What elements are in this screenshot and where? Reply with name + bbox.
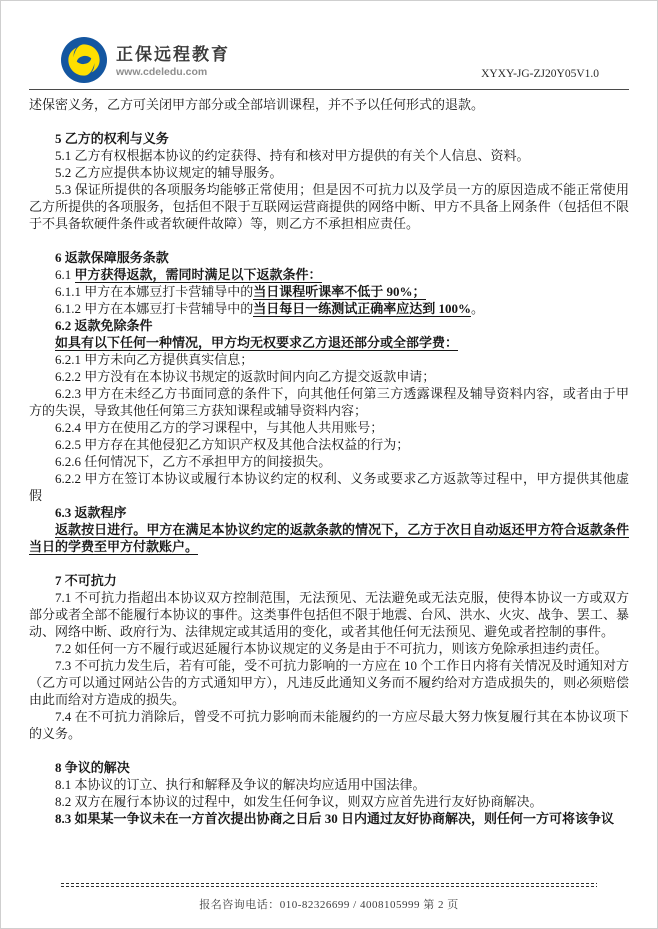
paragraph: 8.2 双方在履行本协议的过程中，如发生任何争议，则双方应首先进行友好协商解决。	[29, 793, 629, 810]
text-run: 6.2.2 甲方在签订本协议或履行本协议约定的权利、义务或要求乙方返款等过程中，…	[29, 471, 629, 503]
brand-logo: 正保远程教育 www.cdeledu.com	[61, 37, 230, 83]
text-run: 6.1	[55, 267, 75, 282]
page-footer: 报名咨询电话：010-82326699 / 4008105999 第 2 页	[1, 883, 657, 912]
text-run: 6.2.1 甲方未向乙方提供真实信息；	[55, 352, 253, 367]
document-page: 正保远程教育 www.cdeledu.com XYXY-JG-ZJ20Y05V1…	[0, 0, 658, 929]
paragraph: 6.1.1 甲方在本娜豆打卡营辅导中的当日课程听课率不低于 90%；	[29, 283, 629, 300]
paragraph: 6.2.2 甲方没有在本协议书规定的返款时间内向乙方提交返款申请；	[29, 368, 629, 385]
underlined-text: 如具有以下任何一种情况，甲方均无权要求乙方退还部分或全部学费：	[55, 335, 458, 351]
paragraph: 5.2 乙方应提供本协议规定的辅导服务。	[29, 164, 629, 181]
paragraph: 6.2.3 甲方在未经乙方书面同意的条件下，向其他任何第三方透露课程及辅导资料内…	[29, 385, 629, 419]
text-run: 。	[471, 301, 484, 316]
paragraph: 6.2.5 甲方存在其他侵犯乙方知识产权及其他合法权益的行为；	[29, 436, 629, 453]
text-run: 8.2 双方在履行本协议的过程中，如发生任何争议，则双方应首先进行友好协商解决。	[55, 794, 543, 809]
paragraph-spacer	[29, 113, 629, 130]
paragraph: 6.1 甲方获得返款，需同时满足以下返款条件：	[29, 266, 629, 283]
document-body: 述保密义务，乙方可关闭甲方部分或全部培训课程，并不予以任何形式的退款。5 乙方的…	[29, 90, 629, 827]
text-run: 5.1 乙方有权根据本协议的约定获得、持有和核对甲方提供的有关个人信息、资料。	[55, 148, 530, 163]
section-heading: 8 争议的解决	[29, 759, 629, 776]
brand-text: 正保远程教育 www.cdeledu.com	[116, 40, 230, 80]
underlined-text: 当日每日一练测试正确率应达到 100%	[253, 301, 471, 317]
text-run: 述保密义务，乙方可关闭甲方部分或全部培训课程，并不予以任何形式的退款。	[29, 97, 484, 112]
page-header: 正保远程教育 www.cdeledu.com XYXY-JG-ZJ20Y05V1…	[1, 1, 657, 89]
section-heading: 7 不可抗力	[29, 572, 629, 589]
text-run: 6.1.2 甲方在本娜豆打卡营辅导中的	[55, 301, 253, 316]
text-run: 8 争议的解决	[55, 760, 130, 775]
text-run: 7 不可抗力	[55, 573, 117, 588]
brand-url: www.cdeledu.com	[116, 66, 230, 78]
paragraph: 5.1 乙方有权根据本协议的约定获得、持有和核对甲方提供的有关个人信息、资料。	[29, 147, 629, 164]
text-run: 7.2 如任何一方不履行或迟延履行本协议规定的义务是由于不可抗力，则该方免除承担…	[55, 641, 608, 656]
text-run: 5.2 乙方应提供本协议规定的辅导服务。	[55, 165, 283, 180]
text-run: 7.1 不可抗力指超出本协议双方控制范围，无法预见、无法避免或无法克服，使得本协…	[29, 590, 629, 639]
paragraph: 如具有以下任何一种情况，甲方均无权要求乙方退还部分或全部学费：	[29, 334, 629, 351]
paragraph: 6.2.4 甲方在使用乙方的学习课程中，与其他人共用账号；	[29, 419, 629, 436]
paragraph: 8.3 如果某一争议未在一方首次提出协商之日后 30 日内通过友好协商解决，则任…	[29, 810, 629, 827]
underlined-text: 甲方获得返款，需同时满足以下返款条件：	[75, 267, 322, 283]
section-heading: 5 乙方的权利与义务	[29, 130, 629, 147]
paragraph: 8.1 本协议的订立、执行和解释及争议的解决均应适用中国法律。	[29, 776, 629, 793]
footer-divider	[61, 883, 597, 887]
brand-logo-icon	[61, 37, 107, 83]
paragraph-spacer	[29, 232, 629, 249]
paragraph: 7.1 不可抗力指超出本协议双方控制范围，无法预见、无法避免或无法克服，使得本协…	[29, 589, 629, 640]
text-run: 6.2.5 甲方存在其他侵犯乙方知识产权及其他合法权益的行为；	[55, 437, 409, 452]
paragraph: 6.2 返款免除条件	[29, 317, 629, 334]
text-run: 5.3 保证所提供的各项服务均能够正常使用；但是因不可抗力以及学员一方的原因造成…	[29, 182, 629, 231]
paragraph: 5.3 保证所提供的各项服务均能够正常使用；但是因不可抗力以及学员一方的原因造成…	[29, 181, 629, 232]
text-run: 5 乙方的权利与义务	[55, 131, 169, 146]
text-run: 6.2.4 甲方在使用乙方的学习课程中，与其他人共用账号；	[55, 420, 383, 435]
paragraph: 6.3 返款程序	[29, 504, 629, 521]
text-run: 6 返款保障服务条款	[55, 250, 169, 265]
text-run: 6.2.3 甲方在未经乙方书面同意的条件下，向其他任何第三方透露课程及辅导资料内…	[29, 386, 629, 418]
text-run: 7.4 在不可抗力消除后，曾受不可抗力影响而未能履约的一方应尽最大努力恢复履行其…	[29, 709, 629, 741]
paragraph: 6.1.2 甲方在本娜豆打卡营辅导中的当日每日一练测试正确率应达到 100%。	[29, 300, 629, 317]
paragraph: 6.2.1 甲方未向乙方提供真实信息；	[29, 351, 629, 368]
paragraph: 返款按日进行。甲方在满足本协议约定的返款条款的情况下，乙方于次日自动返还甲方符合…	[29, 521, 629, 555]
text-run: 6.2 返款免除条件	[55, 318, 153, 333]
footer-contact: 报名咨询电话：010-82326699 / 4008105999 第 2 页	[1, 896, 657, 912]
text-run: 6.1.1 甲方在本娜豆打卡营辅导中的	[55, 284, 253, 299]
underlined-text: 当日课程听课率不低于 90%；	[253, 284, 425, 300]
section-heading: 6 返款保障服务条款	[29, 249, 629, 266]
text-run: 7.3 不可抗力发生后，若有可能，受不可抗力影响的一方应在 10 个工作日内将有…	[29, 658, 629, 707]
document-code: XYXY-JG-ZJ20Y05V1.0	[481, 68, 599, 83]
text-run: 6.3 返款程序	[55, 505, 127, 520]
paragraph-spacer	[29, 555, 629, 572]
text-run: 6.2.2 甲方没有在本协议书规定的返款时间内向乙方提交返款申请；	[55, 369, 435, 384]
paragraph: 6.2.6 任何情况下，乙方不承担甲方的间接损失。	[29, 453, 629, 470]
paragraph: 述保密义务，乙方可关闭甲方部分或全部培训课程，并不予以任何形式的退款。	[29, 96, 629, 113]
paragraph-spacer	[29, 742, 629, 759]
text-run: 8.3 如果某一争议未在一方首次提出协商之日后 30 日内通过友好协商解决，则任…	[55, 811, 614, 826]
paragraph: 7.2 如任何一方不履行或迟延履行本协议规定的义务是由于不可抗力，则该方免除承担…	[29, 640, 629, 657]
brand-name: 正保远程教育	[116, 40, 230, 65]
paragraph: 7.4 在不可抗力消除后，曾受不可抗力影响而未能履约的一方应尽最大努力恢复履行其…	[29, 708, 629, 742]
text-run: 6.2.6 任何情况下，乙方不承担甲方的间接损失。	[55, 454, 331, 469]
underlined-text: 返款按日进行。甲方在满足本协议约定的返款条款的情况下，乙方于次日自动返还甲方符合…	[29, 522, 629, 555]
text-run: 8.1 本协议的订立、执行和解释及争议的解决均应适用中国法律。	[55, 777, 426, 792]
paragraph: 6.2.2 甲方在签订本协议或履行本协议约定的权利、义务或要求乙方返款等过程中，…	[29, 470, 629, 504]
paragraph: 7.3 不可抗力发生后，若有可能，受不可抗力影响的一方应在 10 个工作日内将有…	[29, 657, 629, 708]
